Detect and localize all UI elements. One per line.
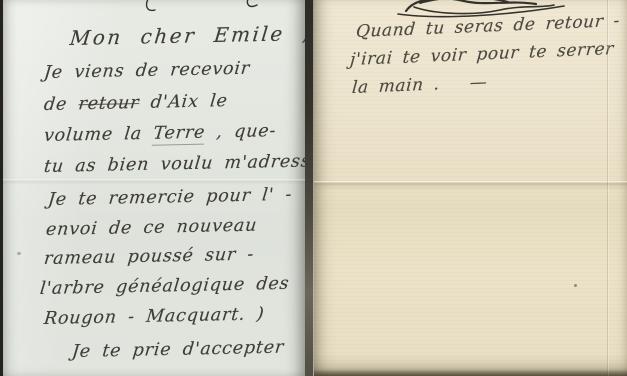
letter-word-crossed: retour — [78, 93, 141, 114]
letter-word: volume la — [43, 124, 143, 146]
vertical-crease — [607, 0, 609, 376]
right-page: Quand tu seras de retour - j'irai te voi… — [314, 0, 627, 376]
letter-line: Je te remercie pour l' - — [47, 185, 293, 210]
letter-scan: Mon cher Emile , - Je viens de recevoir … — [0, 0, 627, 376]
closing-dash: — — [469, 72, 488, 93]
letter-line: l'arbre généalogique des — [39, 274, 290, 299]
letter-word: d'Aix le — [150, 91, 229, 113]
letter-line: Rougon - Macquart. ) — [43, 304, 265, 329]
letter-line: rameau poussé sur - — [43, 245, 255, 269]
left-page: Mon cher Emile , - Je viens de recevoir … — [3, 0, 305, 376]
left-page-fold-crease — [3, 179, 305, 185]
paper-speck — [17, 252, 21, 255]
bottom-edge-shadow — [314, 369, 627, 376]
letter-line: Je te prie d'accepter — [71, 338, 285, 362]
letter-word: de — [43, 94, 68, 115]
salutation-line: Mon cher Emile , - — [69, 20, 305, 50]
letter-line: j'irai te voir pour te serrer — [349, 39, 614, 70]
right-page-fold-crease — [314, 181, 627, 191]
letter-line: volume la Terre , que- — [43, 121, 277, 146]
letter-word: , que- — [216, 121, 278, 142]
letter-word: la main . — [351, 74, 440, 98]
page-gutter-shadow — [305, 0, 314, 376]
letter-line: envoi de ce nouveau — [45, 216, 258, 240]
book-title-underlined: Terre — [152, 123, 206, 146]
paper-speck — [574, 284, 577, 287]
letter-line: Je viens de recevoir — [43, 59, 251, 83]
letter-line: de retour d'Aix le — [43, 91, 229, 115]
letter-line: tu as bien voulu m'adresser- — [43, 151, 305, 177]
cutoff-strokes-icon — [135, 0, 265, 15]
letter-line: la main .— — [351, 72, 488, 98]
